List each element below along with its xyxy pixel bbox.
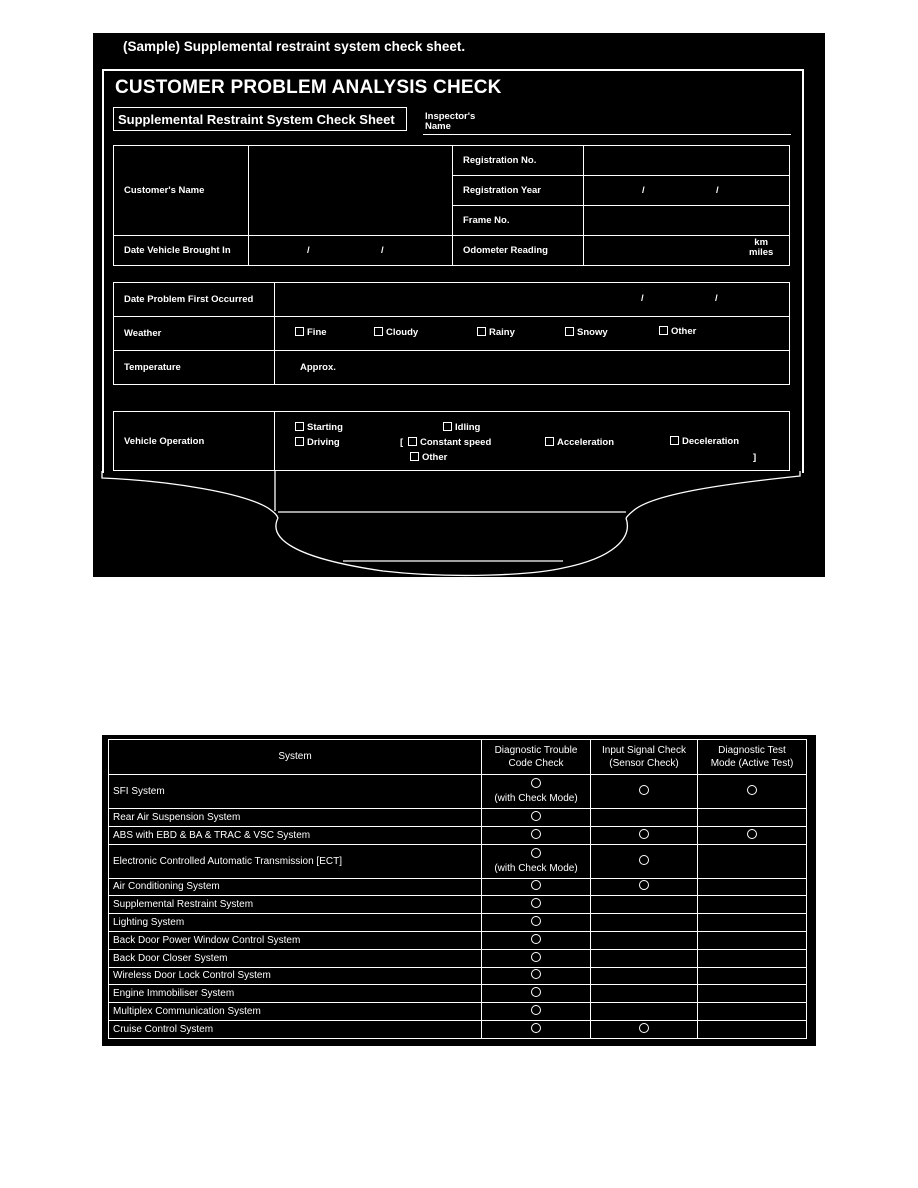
cell-active (698, 826, 807, 844)
circle-wrapper (482, 848, 590, 862)
column-header-active-test: Diagnostic Test Mode (Active Test) (698, 740, 807, 775)
column-header-dtc: Diagnostic Trouble Code Check (482, 740, 591, 775)
cell-input (591, 826, 698, 844)
supported-circle-icon (531, 969, 541, 979)
column-header-input-signal: Input Signal Check (Sensor Check) (591, 740, 698, 775)
system-name: Wireless Door Lock Control System (109, 967, 482, 985)
cell-active (698, 775, 807, 809)
supported-circle-icon (639, 785, 649, 795)
cell-dtc (482, 1020, 591, 1038)
header-line: Mode (Active Test) (698, 757, 806, 770)
cell-input (591, 949, 698, 967)
cell-active (698, 809, 807, 827)
cell-input (591, 878, 698, 896)
table-row: Engine Immobiliser System (109, 985, 807, 1003)
cell-dtc (482, 914, 591, 932)
table-row: Back Door Closer System (109, 949, 807, 967)
system-name: Back Door Closer System (109, 949, 482, 967)
cell-dtc (482, 1003, 591, 1021)
supported-circle-icon (531, 778, 541, 788)
cell-dtc (482, 809, 591, 827)
table-row: SFI System(with Check Mode) (109, 775, 807, 809)
supported-circle-icon (531, 829, 541, 839)
header-line: Code Check (482, 757, 590, 770)
cell-active (698, 967, 807, 985)
cell-input (591, 967, 698, 985)
supported-circle-icon (747, 785, 757, 795)
table-row: Lighting System (109, 914, 807, 932)
cell-input (591, 809, 698, 827)
system-name: ABS with EBD & BA & TRAC & VSC System (109, 826, 482, 844)
table-row: Wireless Door Lock Control System (109, 967, 807, 985)
cell-dtc: (with Check Mode) (482, 844, 591, 878)
cell-input (591, 914, 698, 932)
circle-wrapper (482, 778, 590, 792)
check-sheet-figure: (Sample) Supplemental restraint system c… (93, 33, 825, 577)
supported-circle-icon (639, 855, 649, 865)
supported-circle-icon (531, 848, 541, 858)
table-row: ABS with EBD & BA & TRAC & VSC System (109, 826, 807, 844)
cell-active (698, 985, 807, 1003)
cell-input (591, 1020, 698, 1038)
cell-input (591, 844, 698, 878)
cell-dtc (482, 878, 591, 896)
header-line: Input Signal Check (591, 744, 697, 757)
cell-active (698, 1020, 807, 1038)
system-name: Cruise Control System (109, 1020, 482, 1038)
table-row: Back Door Power Window Control System (109, 931, 807, 949)
header-line: (Sensor Check) (591, 757, 697, 770)
check-mode-note: (with Check Mode) (482, 862, 590, 875)
supported-circle-icon (531, 898, 541, 908)
table-row: Rear Air Suspension System (109, 809, 807, 827)
cell-dtc (482, 985, 591, 1003)
diagnostic-capability-figure: System Diagnostic Trouble Code Check Inp… (102, 735, 816, 1046)
cell-active (698, 949, 807, 967)
check-mode-note: (with Check Mode) (482, 792, 590, 805)
column-header-system: System (109, 740, 482, 775)
cell-active (698, 878, 807, 896)
supported-circle-icon (531, 1023, 541, 1033)
system-name: Multiplex Communication System (109, 1003, 482, 1021)
cell-active (698, 931, 807, 949)
cell-input (591, 931, 698, 949)
system-name: Engine Immobiliser System (109, 985, 482, 1003)
system-rows: SFI System(with Check Mode)Rear Air Susp… (109, 775, 807, 1039)
cell-dtc (482, 896, 591, 914)
system-name: Air Conditioning System (109, 878, 482, 896)
supported-circle-icon (747, 829, 757, 839)
cell-active (698, 844, 807, 878)
table-row: Cruise Control System (109, 1020, 807, 1038)
cell-active (698, 1003, 807, 1021)
torn-continuation-graphic (93, 33, 825, 577)
diagnostic-capability-table: System Diagnostic Trouble Code Check Inp… (108, 739, 807, 1039)
cell-dtc (482, 826, 591, 844)
cell-input (591, 985, 698, 1003)
supported-circle-icon (639, 880, 649, 890)
cell-input (591, 896, 698, 914)
system-name: Electronic Controlled Automatic Transmis… (109, 844, 482, 878)
table-row: Air Conditioning System (109, 878, 807, 896)
table-row: Multiplex Communication System (109, 1003, 807, 1021)
cell-input (591, 775, 698, 809)
supported-circle-icon (531, 987, 541, 997)
table-row: Supplemental Restraint System (109, 896, 807, 914)
header-line: Diagnostic Test (698, 744, 806, 757)
supported-circle-icon (531, 811, 541, 821)
table-row: Electronic Controlled Automatic Transmis… (109, 844, 807, 878)
header-line: Diagnostic Trouble (482, 744, 590, 757)
supported-circle-icon (531, 952, 541, 962)
cell-dtc (482, 931, 591, 949)
system-name: Rear Air Suspension System (109, 809, 482, 827)
system-name: Back Door Power Window Control System (109, 931, 482, 949)
cell-dtc: (with Check Mode) (482, 775, 591, 809)
supported-circle-icon (639, 1023, 649, 1033)
system-name: Lighting System (109, 914, 482, 932)
supported-circle-icon (531, 880, 541, 890)
cell-dtc (482, 967, 591, 985)
supported-circle-icon (531, 1005, 541, 1015)
system-name: SFI System (109, 775, 482, 809)
supported-circle-icon (639, 829, 649, 839)
supported-circle-icon (531, 934, 541, 944)
cell-active (698, 896, 807, 914)
cell-input (591, 1003, 698, 1021)
supported-circle-icon (531, 916, 541, 926)
system-name: Supplemental Restraint System (109, 896, 482, 914)
cell-dtc (482, 949, 591, 967)
cell-active (698, 914, 807, 932)
